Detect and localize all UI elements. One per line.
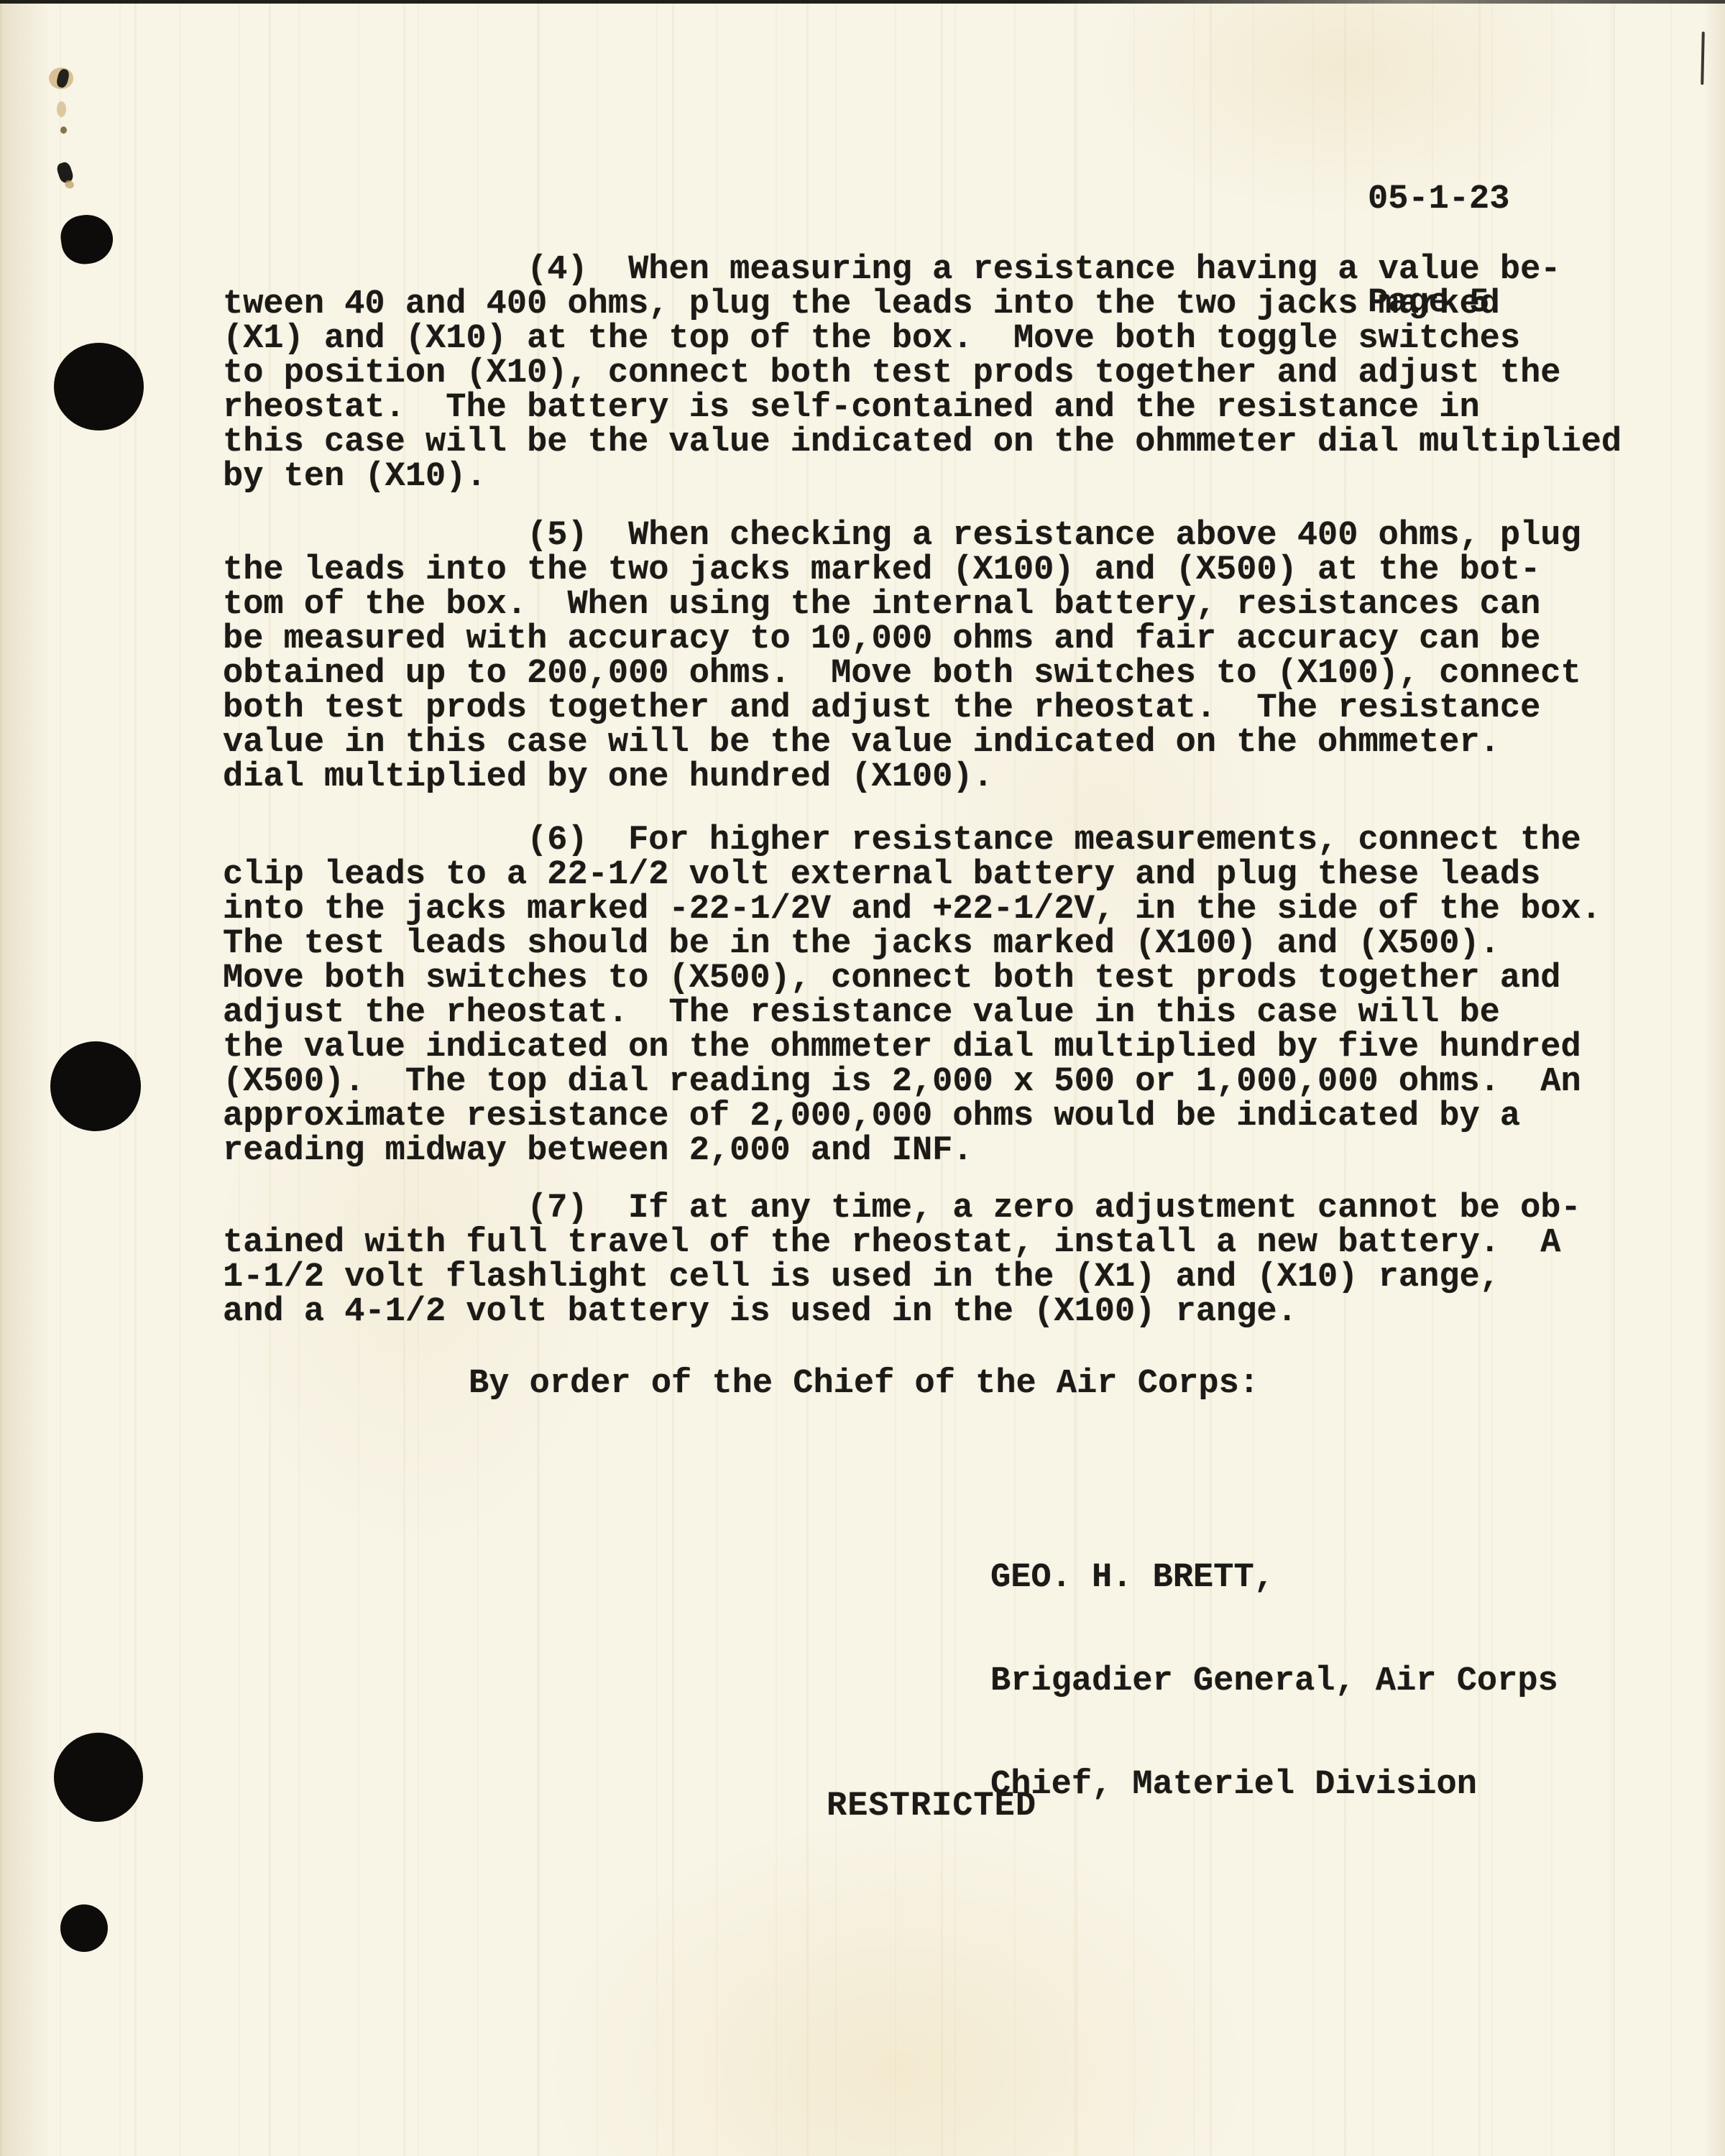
paragraph-5: (5) When checking a resistance above 400… [223,519,1581,795]
hole-punch-mark [50,1041,141,1131]
ink-speck [60,126,67,134]
signature-block: GEO. H. BRETT, Brigadier General, Air Co… [990,1492,1558,1871]
hole-punch-mark [54,343,144,430]
doc-number: 05-1-23 [1368,183,1509,217]
signature-name: GEO. H. BRETT, [990,1561,1558,1595]
classification-stamp: RESTRICTED [827,1789,1036,1824]
scanned-document-page: 05-1-23 Page 5 (4) When measuring a resi… [0,0,1725,2156]
by-order-line: By order of the Chief of the Air Corps: [469,1367,1259,1401]
signature-division: Chief, Materiel Division [990,1768,1558,1802]
hole-punch-mark [58,211,116,267]
ink-speck [57,101,66,117]
hole-punch-mark [54,1733,143,1822]
scan-edge-artifact [0,0,1725,4]
paragraph-4: (4) When measuring a resistance having a… [223,253,1621,494]
paragraph-6: (6) For higher resistance measurements, … [223,824,1601,1169]
scan-line-artifact [1701,32,1705,85]
paragraph-7: (7) If at any time, a zero adjustment ca… [223,1192,1581,1330]
hole-punch-mark [60,1904,108,1952]
signature-title: Brigadier General, Air Corps [990,1664,1558,1699]
